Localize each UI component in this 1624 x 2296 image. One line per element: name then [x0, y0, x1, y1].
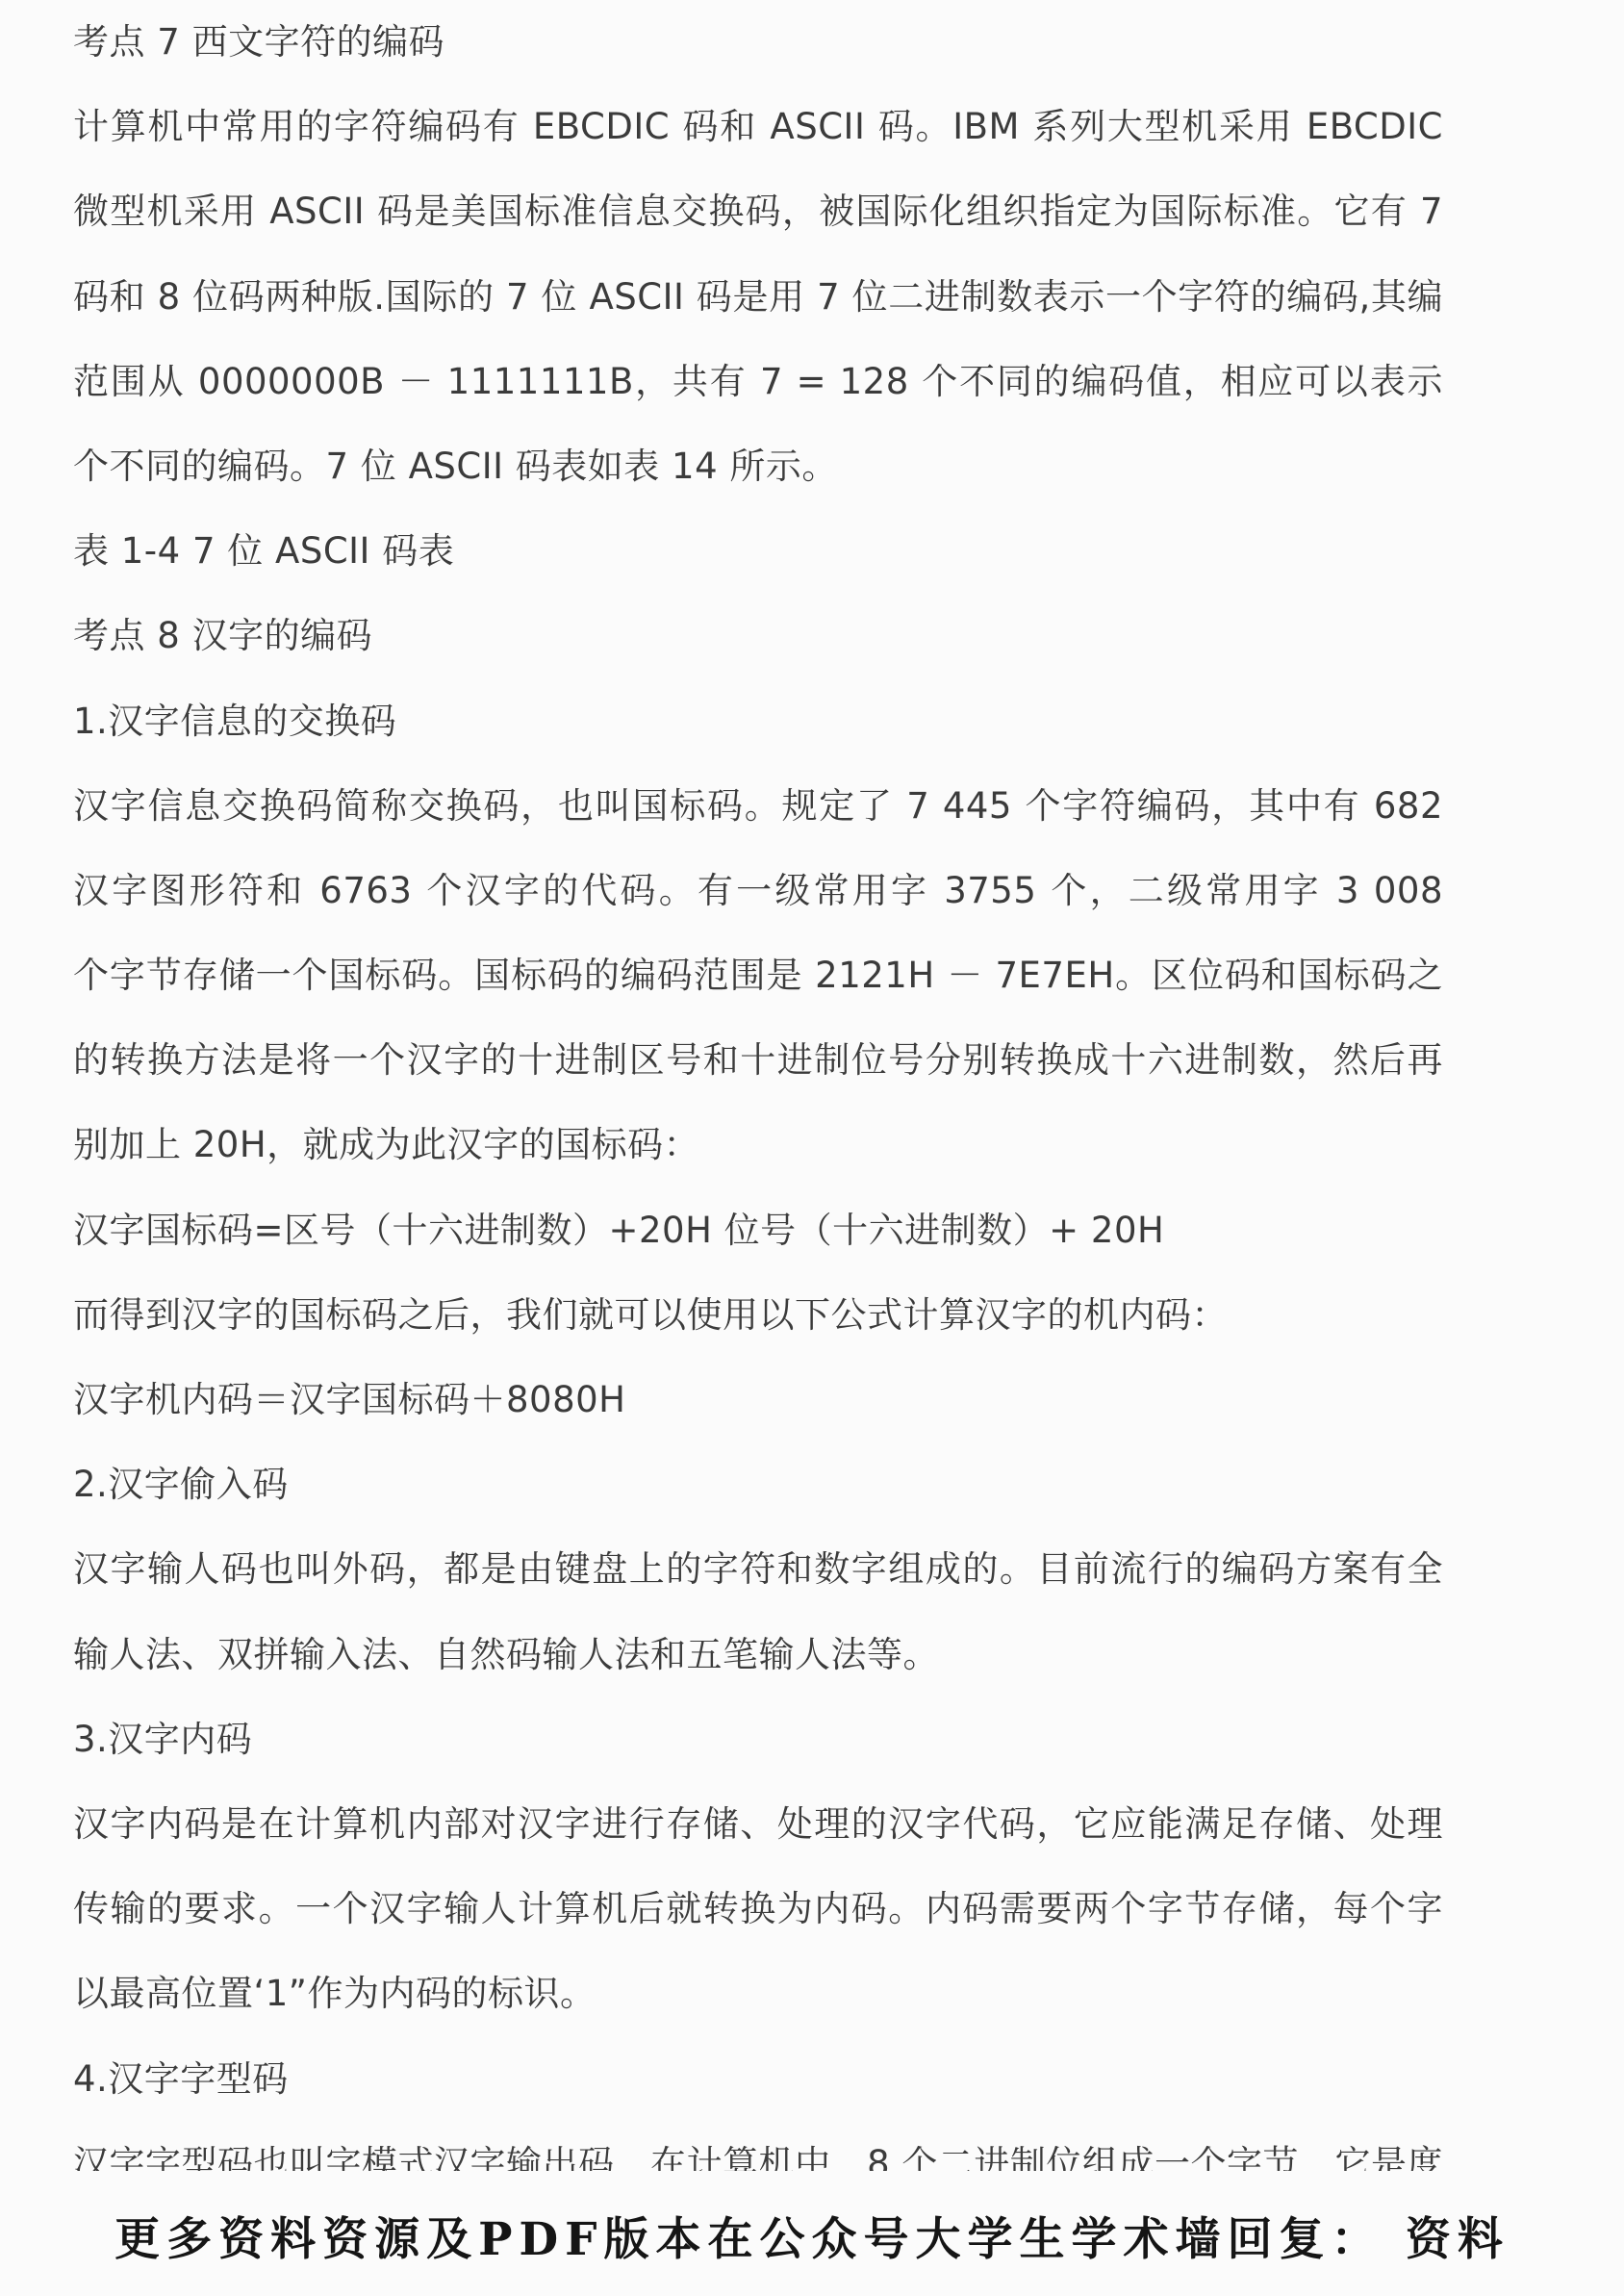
text-line: 考点 7 西文字符的编码 — [73, 0, 1443, 85]
text-line: 4.汉字字型码 — [73, 2037, 1443, 2122]
text-line: 微型机采用 ASCII 码是美国标准信息交换码，被国际化组织指定为国际标准。它有… — [73, 169, 1443, 254]
text-line: 以最高位置‘1”作为内码的标识。 — [73, 1952, 1443, 2036]
footer-watermark: 更多资料资源及PDF版本在公众号大学生学术墙回复： 资料 — [0, 2197, 1624, 2283]
text-line: 汉字国标码=区号（十六进制数）+20H 位号（十六进制数）+ 20H — [73, 1188, 1443, 1273]
text-line: 范围从 0000000B － 1111111B，共有 7 = 128 个不同的编… — [73, 340, 1443, 424]
text-line: 传输的要求。一个汉字输人计算机后就转换为内码。内码需要两个字节存储，每个字节 — [73, 1867, 1443, 1952]
text-line: 考点 8 汉字的编码 — [73, 594, 1443, 678]
text-line: 的转换方法是将一个汉字的十进制区号和十进制位号分别转换成十六进制数，然后再分 — [73, 1018, 1443, 1103]
document-page: 考点 7 西文字符的编码计算机中常用的字符编码有 EBCDIC 码和 ASCII… — [0, 0, 1624, 2296]
text-line: 汉字内码是在计算机内部对汉字进行存储、处理的汉字代码，它应能满足存储、处理和 — [73, 1782, 1443, 1867]
text-line: 汉字信息交换码简称交换码，也叫国标码。规定了 7 445 个字符编码，其中有 6… — [73, 764, 1443, 849]
text-line: 3.汉字内码 — [73, 1697, 1443, 1782]
text-line: 输人法、双拼输入法、自然码输人法和五笔输人法等。 — [73, 1613, 1443, 1697]
text-line: 汉字机内码＝汉字国标码＋8080H — [73, 1358, 1443, 1442]
text-line: 1.汉字信息的交换码 — [73, 679, 1443, 764]
text-line: 个不同的编码。7 位 ASCII 码表如表 14 所示。 — [73, 424, 1443, 509]
text-line: 汉字图形符和 6763 个汉字的代码。有一级常用字 3755 个，二级常用字 3… — [73, 849, 1443, 933]
text-line: 而得到汉字的国标码之后，我们就可以使用以下公式计算汉字的机内码： — [73, 1273, 1443, 1358]
text-line: 码和 8 位码两种版.国际的 7 位 ASCII 码是用 7 位二进制数表示一个… — [73, 255, 1443, 340]
text-line: 汉字字型码也叫字模式汉字输出码，在计算机中，8 个二进制位组成一个字节，它是度量 — [73, 2122, 1443, 2171]
document-body: 考点 7 西文字符的编码计算机中常用的字符编码有 EBCDIC 码和 ASCII… — [73, 0, 1443, 2171]
text-line: 2.汉字偷入码 — [73, 1442, 1443, 1527]
text-line: 计算机中常用的字符编码有 EBCDIC 码和 ASCII 码。IBM 系列大型机… — [73, 85, 1443, 169]
text-line: 汉字输人码也叫外码，都是由键盘上的字符和数字组成的。目前流行的编码方案有全拼 — [73, 1527, 1443, 1612]
text-line: 个字节存储一个国标码。国标码的编码范围是 2121H － 7E7EH。区位码和国… — [73, 933, 1443, 1018]
text-line: 表 1-4 7 位 ASCII 码表 — [73, 509, 1443, 594]
text-line: 别加上 20H，就成为此汉字的国标码： — [73, 1103, 1443, 1187]
footer-text: 更多资料资源及PDF版本在公众号大学生学术墙回复： 资料 — [114, 2213, 1510, 2266]
